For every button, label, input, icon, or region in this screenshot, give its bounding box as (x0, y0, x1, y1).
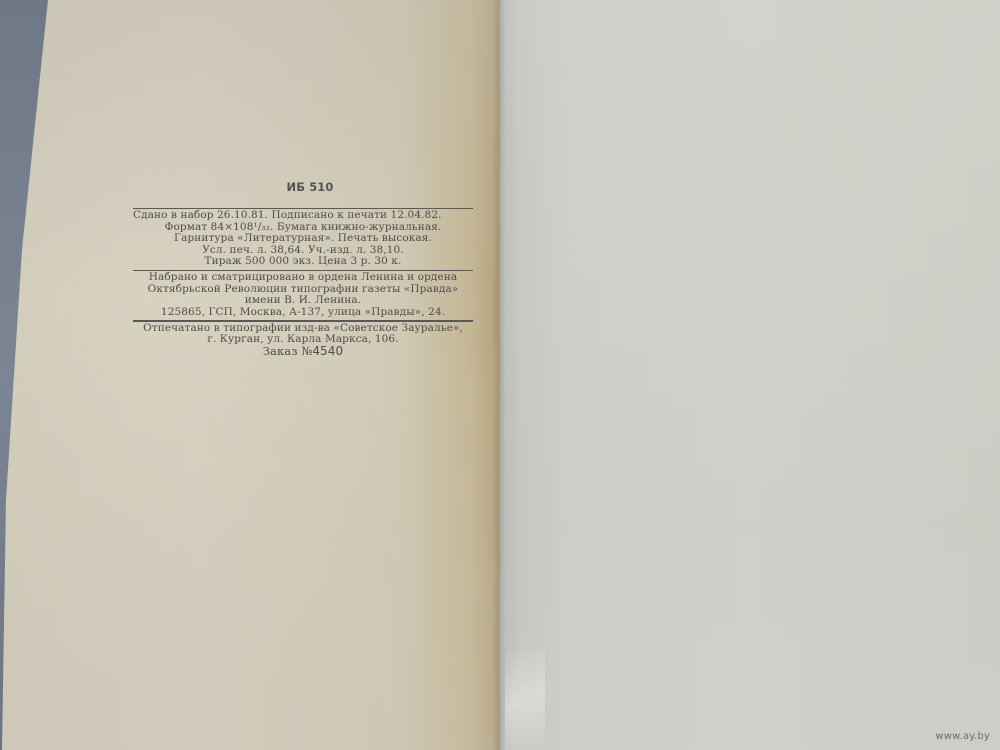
left-page (0, 0, 500, 750)
colophon-imprint: ИБ 510 Сдано в набор 26.10.81. Подписано… (133, 182, 473, 357)
imprint-line: 125865, ГСП, Москва, А-137, улица «Правд… (133, 307, 473, 319)
printing-house-block: Отпечатано в типографии изд-ва «Советско… (133, 323, 473, 358)
right-page-blank (500, 0, 1000, 750)
imprint-line: Сдано в набор 26.10.81. Подписано к печа… (133, 210, 473, 222)
typesetting-block: Набрано и сматрицировано в ордена Ленина… (133, 272, 473, 318)
book-gutter (492, 0, 506, 750)
imprint-line: имени В. И. Ленина. (133, 295, 473, 307)
imprint-line: Набрано и сматрицировано в ордена Ленина… (133, 272, 473, 284)
page-crease (505, 650, 545, 750)
order-number: 4540 (312, 344, 343, 358)
watermark: www.ay.by (935, 731, 990, 742)
print-specs-block: Сдано в набор 26.10.81. Подписано к печа… (133, 210, 473, 268)
order-line: Заказ №4540 (133, 346, 473, 358)
imprint-line: Тираж 500 000 экз. Цена 3 р. 30 к. (133, 256, 473, 268)
ib-number: ИБ 510 (133, 182, 473, 194)
order-label: Заказ № (263, 344, 313, 358)
imprint-line: Гарнитура «Литературная». Печать высокая… (133, 233, 473, 245)
